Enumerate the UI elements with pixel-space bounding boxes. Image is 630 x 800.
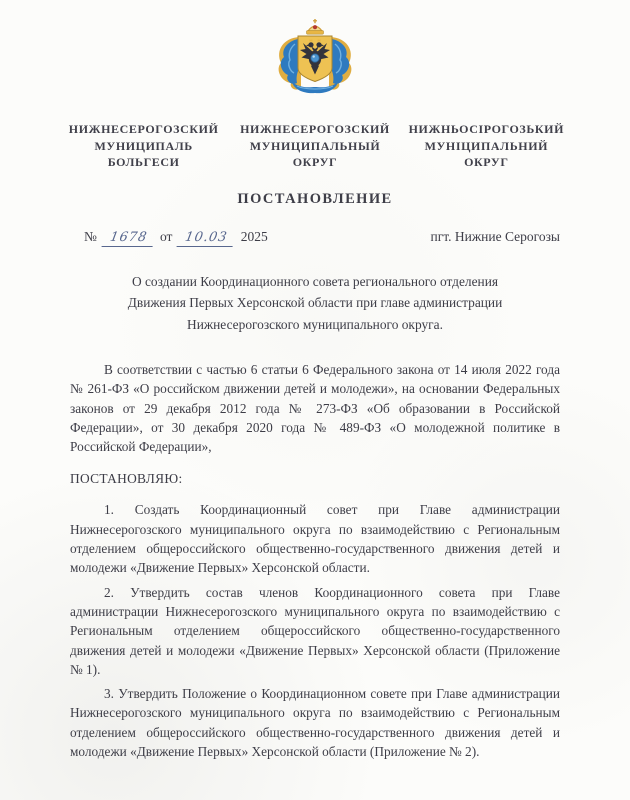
letterhead-line: НИЖНЕСЕРОГОЗСКИЙ <box>233 121 396 138</box>
letterhead-col-krymtatar: НИЖНЕСЕРОГОЗСКИЙ МУНИЦИПАЛЬ БОЛЬГЕСИ <box>62 121 225 171</box>
subject-line: О создании Координационного совета регио… <box>0 271 630 293</box>
resolution-item-2: 2. Утвердить состав членов Координационн… <box>70 583 560 679</box>
letterhead-line: МУНИЦИПАЛЬ <box>62 138 225 155</box>
letterhead-col-russian: НИЖНЕСЕРОГОЗСКИЙ МУНИЦИПАЛЬНЫЙ ОКРУГ <box>233 121 396 171</box>
document-body: В соответствии с частью 6 статьи 6 Федер… <box>0 360 630 761</box>
subject-title: О создании Координационного совета регио… <box>0 271 630 336</box>
crown <box>307 19 324 34</box>
document-number-handwritten: 1678 <box>101 230 155 247</box>
resolution-item-1: 1. Создать Координационный совет при Гла… <box>70 500 560 577</box>
ot-label: от <box>160 229 172 245</box>
document-page: НИЖНЕСЕРОГОЗСКИЙ МУНИЦИПАЛЬ БОЛЬГЕСИ НИЖ… <box>0 0 630 800</box>
subject-line: Движения Первых Херсонской области при г… <box>0 292 630 314</box>
letterhead-line: БОЛЬГЕСИ <box>62 154 225 171</box>
letterhead-line: ОКРУГ <box>233 154 396 171</box>
number-sign-label: № <box>84 229 97 245</box>
year-label: 2025 <box>241 229 268 245</box>
number-and-date: № 1678 от 10.03 2025 <box>84 229 268 247</box>
resolution-word: ПОСТАНОВЛЯЮ: <box>70 471 560 487</box>
letterhead-line: НИЖНЕСЕРОГОЗСКИЙ <box>62 121 225 138</box>
letterhead-col-ukrainian: НИЖНЬОСІРОГОЗЬКИЙ МУНІЦИПАЛЬНИЙ ОКРУГ <box>405 121 568 171</box>
letterhead-line: ОКРУГ <box>405 154 568 171</box>
number-date-line: № 1678 от 10.03 2025 пгт. Нижние Серогоз… <box>0 229 630 247</box>
letterhead-line: МУНИЦИПАЛЬНЫЙ <box>233 138 396 155</box>
coat-of-arms-icon <box>266 18 364 109</box>
orb <box>311 54 319 62</box>
preamble-paragraph: В соответствии с частью 6 статьи 6 Федер… <box>70 360 560 456</box>
letterhead: НИЖНЕСЕРОГОЗСКИЙ МУНИЦИПАЛЬ БОЛЬГЕСИ НИЖ… <box>0 121 630 171</box>
document-type-title: ПОСТАНОВЛЕНИЕ <box>0 191 630 208</box>
place-name: пгт. Нижние Серогозы <box>430 229 560 245</box>
emblem-container <box>0 0 630 109</box>
letterhead-line: НИЖНЬОСІРОГОЗЬКИЙ <box>405 121 568 138</box>
document-date-handwritten: 10.03 <box>177 230 236 247</box>
resolution-item-3: 3. Утвердить Положение о Координационном… <box>70 684 560 761</box>
letterhead-line: МУНІЦИПАЛЬНИЙ <box>405 138 568 155</box>
subject-line: Нижнесерогозского муниципального округа. <box>0 314 630 336</box>
